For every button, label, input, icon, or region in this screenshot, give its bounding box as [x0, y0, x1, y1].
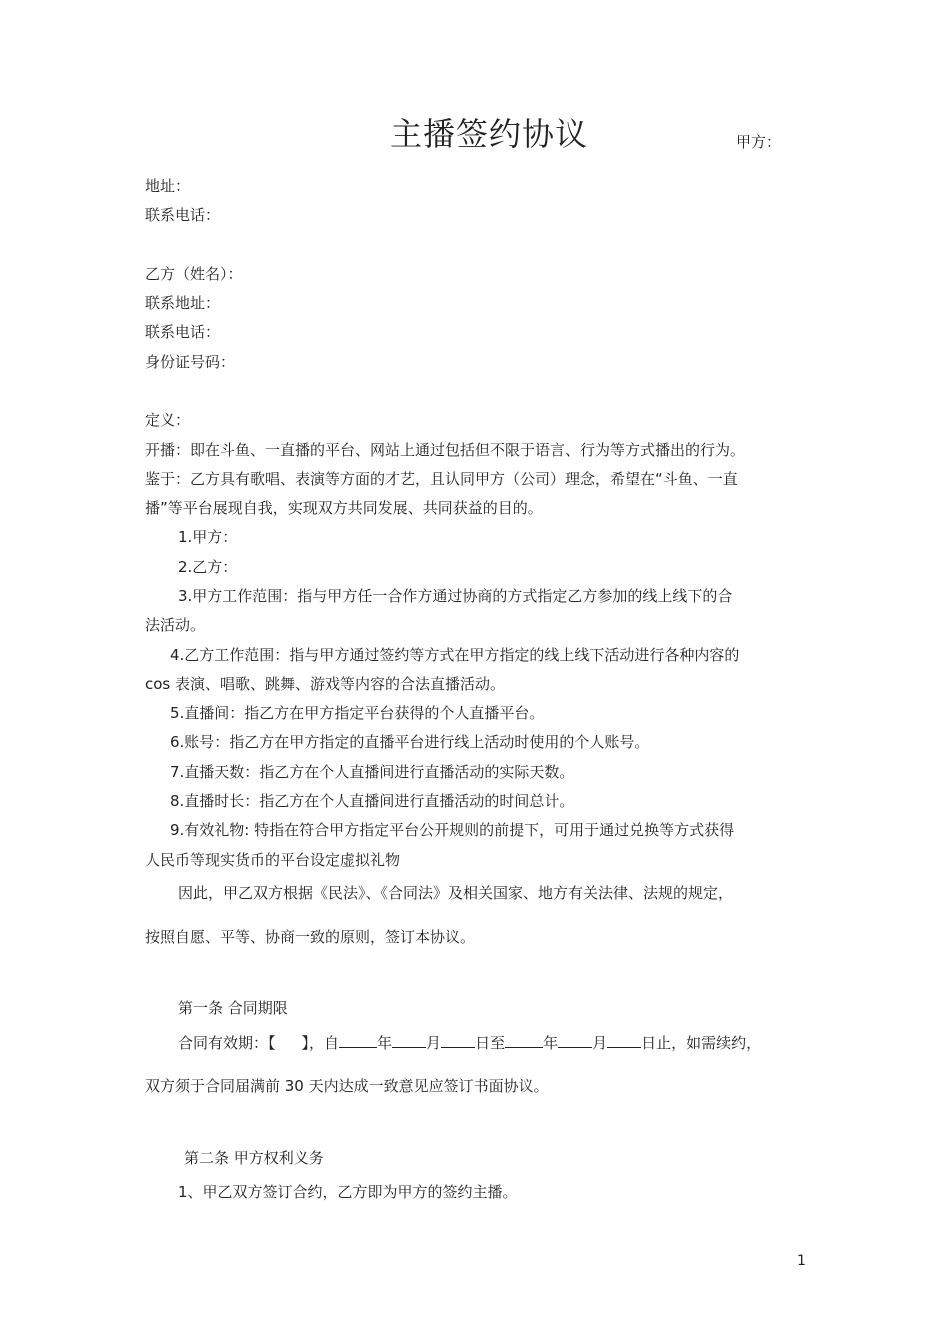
article-1-heading: 第一条 合同期限 — [178, 998, 288, 1018]
term-part-1: 合同有效期：【 — [178, 1034, 276, 1052]
page-number: 1 — [797, 1253, 806, 1269]
item-9-cont: 人民币等现实货币的平台设定虚拟礼物 — [145, 850, 400, 870]
item-4: 4.乙方工作范围：指与甲方通过签约等方式在甲方指定的线上线下活动进行各种内容的 — [170, 645, 739, 665]
therefore-line-2: 按照自愿、平等、协商一致的原则，签订本协议。 — [145, 927, 475, 947]
article-2-heading: 第二条 甲方权利义务 — [184, 1148, 324, 1168]
term-part-2: 】，自 — [302, 1034, 340, 1052]
party-b-id-number: 身份证号码： — [145, 352, 235, 372]
party-b-name: 乙方（姓名）： — [145, 264, 243, 284]
party-a-phone: 联系电话： — [145, 205, 220, 225]
article-1-term: 合同有效期：【】，自年月日至年月日止，如需续约， — [178, 1033, 761, 1053]
month-label-2: 月 — [592, 1034, 607, 1052]
party-a-label: 甲方： — [736, 132, 781, 152]
item-6: 6.账号：指乙方在甲方指定的直播平台进行线上活动时使用的个人账号。 — [170, 732, 649, 752]
party-b-phone: 联系电话： — [145, 322, 220, 342]
item-4-cont: cos 表演、唱歌、跳舞、游戏等内容的合法直播活动。 — [145, 674, 505, 694]
item-5: 5.直播间：指乙方在甲方指定平台获得的个人直播平台。 — [170, 703, 544, 723]
end-year-blank — [505, 1033, 543, 1048]
item-3-cont: 法活动。 — [145, 615, 205, 635]
item-7: 7.直播天数：指乙方在个人直播间进行直播活动的实际天数。 — [170, 762, 574, 782]
definitions-heading: 定义： — [145, 410, 190, 430]
document-page: 主播签约协议 甲方： 地址： 联系电话： 乙方（姓名）： 联系地址： 联系电话：… — [0, 0, 950, 1344]
day-to-label: 日至 — [475, 1034, 505, 1052]
whereas-line-2: 播”等平台展现自我，实现双方共同发展、共同获益的目的。 — [145, 498, 543, 518]
month-label: 月 — [426, 1034, 441, 1052]
item-2: 2.乙方： — [178, 557, 237, 577]
definition-kaibo: 开播：即在斗鱼、一直播的平台、网站上通过包括但不限于语言、行为等方式播出的行为。 — [145, 440, 745, 460]
article-1-line-2: 双方须于合同届满前 30 天内达成一致意见应签订书面协议。 — [145, 1076, 549, 1096]
party-a-address: 地址： — [145, 176, 190, 196]
item-1: 1.甲方： — [178, 527, 237, 547]
end-month-blank — [558, 1033, 592, 1048]
start-month-blank — [392, 1033, 426, 1048]
therefore-line-1: 因此，甲乙双方根据《民法》、《合同法》及相关国家、地方有关法律、法规的规定， — [178, 883, 733, 903]
item-9: 9.有效礼物: 特指在符合甲方指定平台公开规则的前提下，可用于通过兑换等方式获得 — [170, 820, 734, 840]
document-title: 主播签约协议 — [390, 112, 588, 156]
party-b-address: 联系地址： — [145, 293, 220, 313]
day-end-label: 日止，如需续约， — [641, 1034, 761, 1052]
start-day-blank — [441, 1033, 475, 1048]
whereas-line-1: 鉴于：乙方具有歌唱、表演等方面的才艺，且认同甲方（公司）理念，希望在“斗鱼、一直 — [145, 469, 738, 489]
year-label-2: 年 — [543, 1034, 558, 1052]
article-2-item-1: 1、甲乙双方签订合约，乙方即为甲方的签约主播。 — [178, 1182, 518, 1202]
start-year-blank — [339, 1033, 377, 1048]
end-day-blank — [607, 1033, 641, 1048]
year-label: 年 — [377, 1034, 392, 1052]
item-8: 8.直播时长：指乙方在个人直播间进行直播活动的时间总计。 — [170, 791, 574, 811]
item-3: 3.甲方工作范围：指与甲方任一合作方通过协商的方式指定乙方参加的线上线下的合 — [178, 586, 732, 606]
